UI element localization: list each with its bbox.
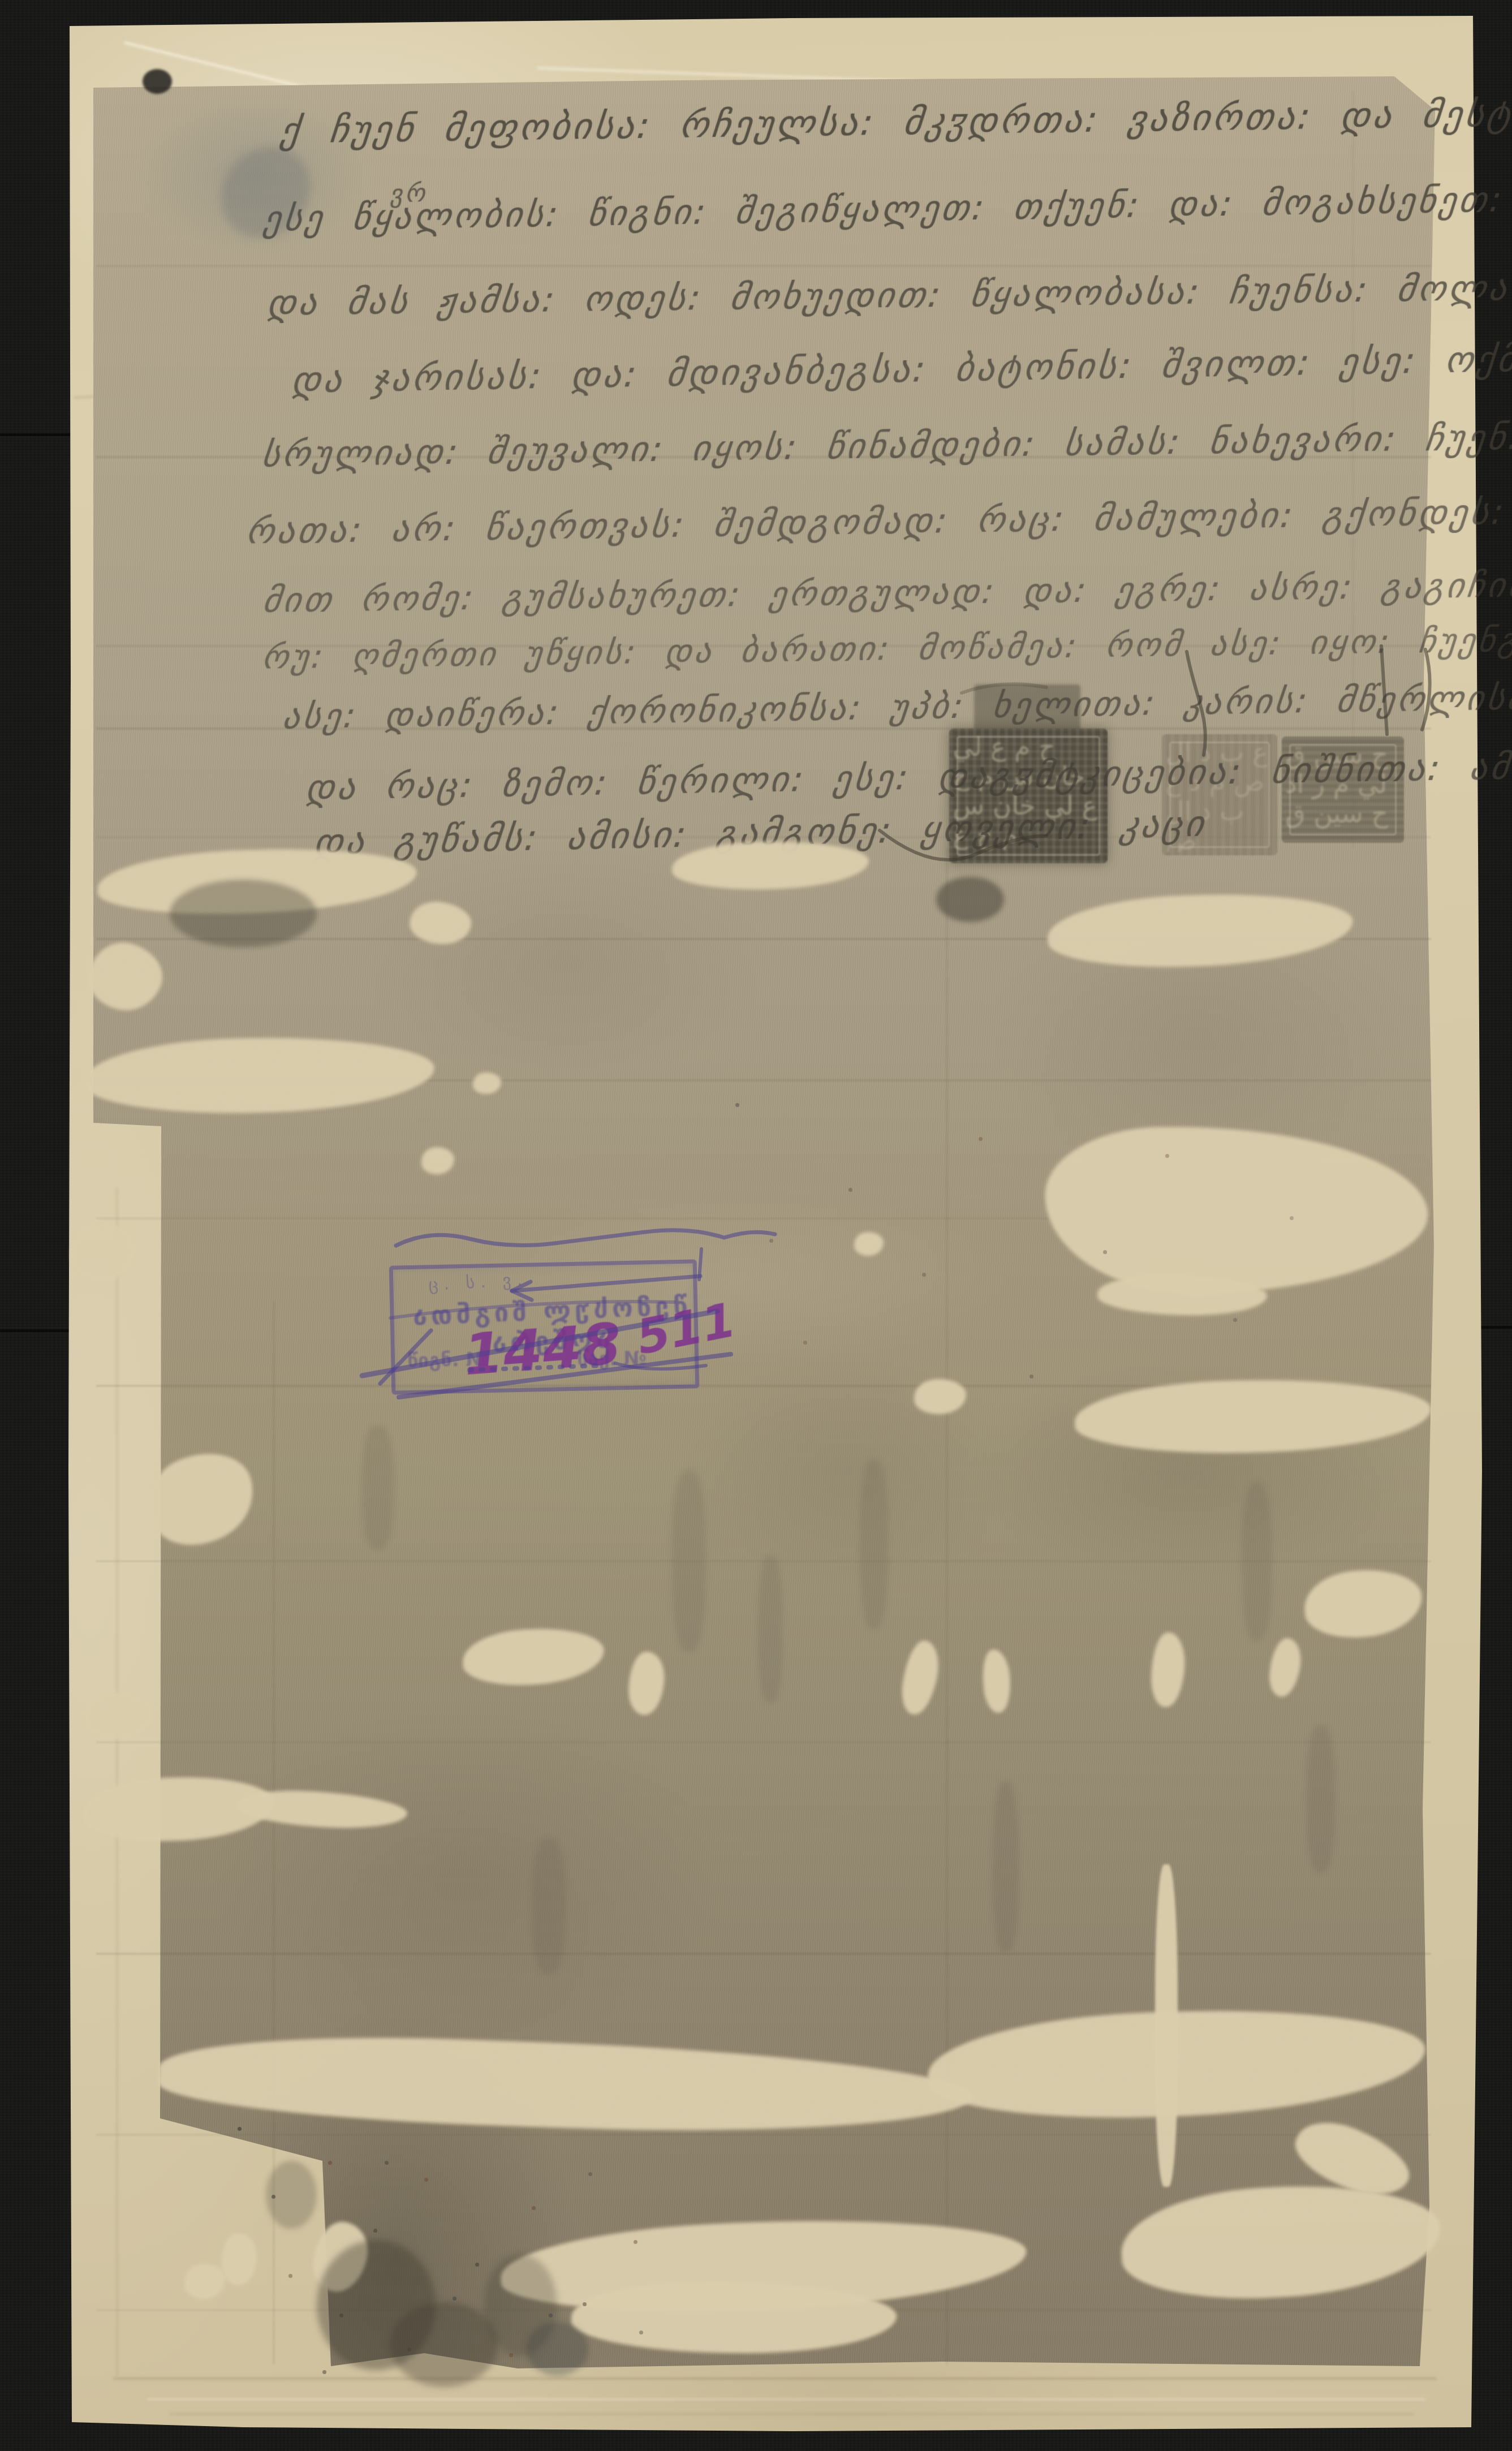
pen-strikethrough-marks (362, 1230, 775, 1397)
flourish-strokes (880, 646, 1430, 860)
scan-stage: ح م ع لي خان س م ح ع لي خان س م ح ع ع ب … (0, 0, 1512, 2451)
pen-strokes-overlay (0, 0, 1512, 2451)
